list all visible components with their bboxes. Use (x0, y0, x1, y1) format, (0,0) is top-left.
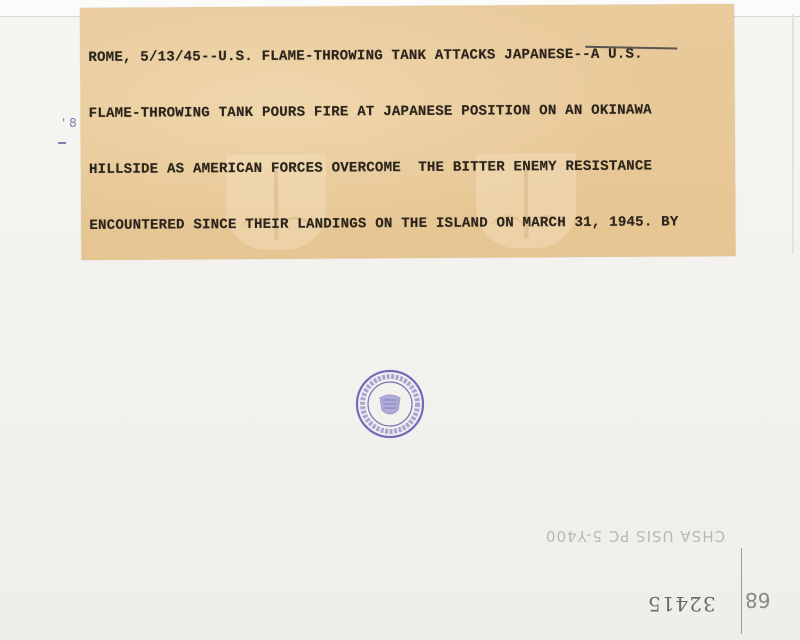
stamped-archive-number: 32415 (647, 592, 716, 616)
caption-line: FLAME-THROWING TANK POURS FIRE AT JAPANE… (89, 101, 734, 124)
handwritten-page-number: 68 (745, 588, 770, 612)
paper-edge (792, 14, 794, 254)
pencil-divider-line (741, 548, 742, 634)
caption-clipping: ROME, 5/13/45--U.S. FLAME-THROWING TANK … (80, 4, 736, 260)
censor-stamp-icon (354, 368, 426, 440)
caption-line: ENCOUNTERED SINCE THEIR LANDINGS ON THE … (89, 213, 734, 236)
handwritten-archive-note: CHSA USIS PC 5-Y400 (545, 527, 725, 545)
caption-line: HILLSIDE AS AMERICAN FORCES OVERCOME THE… (89, 157, 734, 180)
stray-ink-mark: ' 8 (62, 116, 77, 130)
stray-ink-dash (58, 142, 66, 144)
